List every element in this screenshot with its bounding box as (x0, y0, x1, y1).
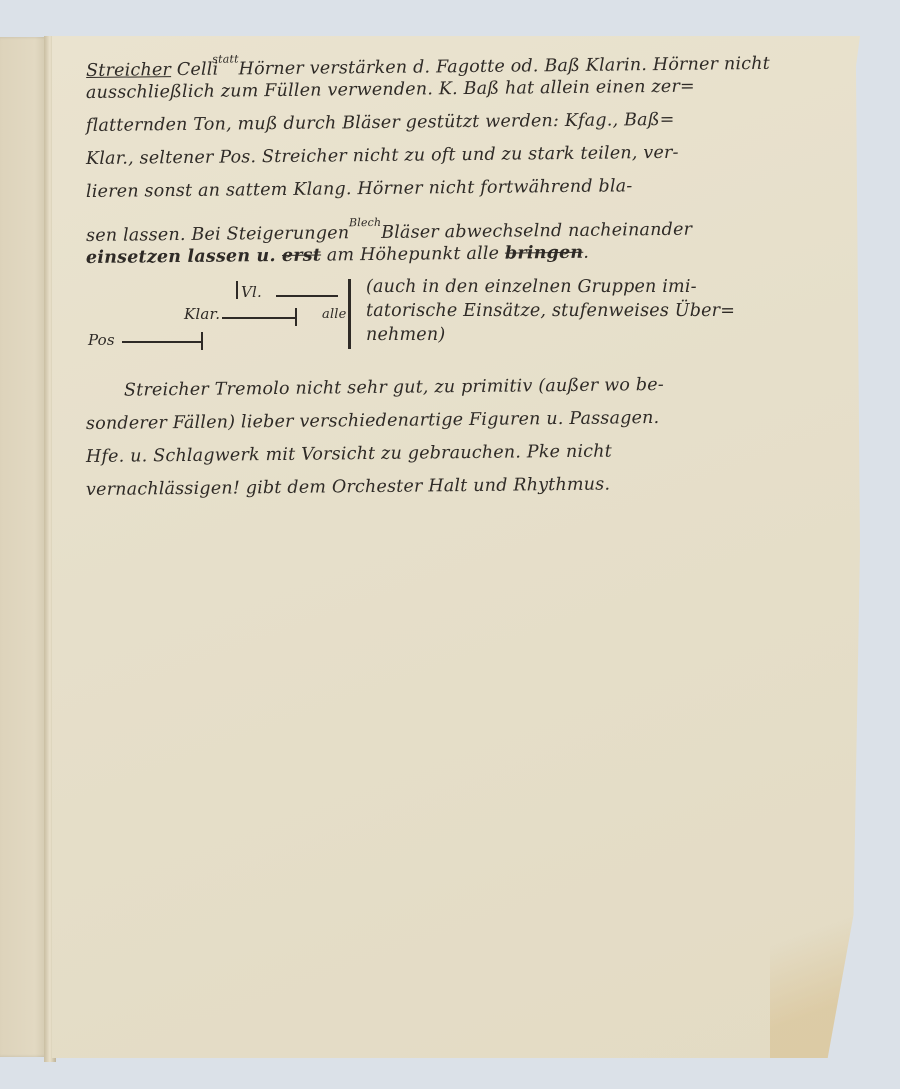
diagram-tick (201, 332, 203, 350)
text-span: am Höhepunkt alle (321, 244, 505, 266)
text-span: Klar., seltener Pos. Streicher nicht zu … (86, 143, 679, 169)
note-line: (auch in den einzelnen Gruppen imi- (366, 275, 846, 299)
text-line-11: vernachlässigen! gibt dem Orchester Halt… (86, 466, 846, 507)
entry-bar (348, 279, 351, 349)
label-pos: Pos (88, 331, 115, 349)
label-klar: Klar. (184, 305, 220, 323)
left-facing-page (0, 37, 50, 1057)
text-span: ausschließlich zum Füllen verwenden. K. … (86, 77, 695, 103)
struck-word-erst: erst (282, 246, 321, 266)
entry-diagram: Vl. Klar. Pos alle (auch in den einzelne… (86, 275, 846, 375)
arrow-vl (276, 295, 338, 297)
diagram-tick (236, 281, 238, 299)
note-line: nehmen) (366, 323, 846, 347)
diagram-tick (295, 308, 297, 326)
label-vl: Vl. (241, 283, 262, 301)
text-span: flatternden Ton, muß durch Bläser gestüt… (86, 110, 675, 136)
struck-word-bringen: bringen (505, 243, 584, 264)
text-span: Streicher Tremolo nicht sehr gut, zu pri… (124, 375, 664, 401)
diagram-note: (auch in den einzelnen Gruppen imi- tato… (366, 275, 846, 347)
text-span: lieren sonst an sattem Klang. Hörner nic… (86, 176, 633, 202)
note-line: tatorische Einsätze, stufenweises Über= (366, 299, 846, 323)
text-line-7: einsetzen lassen u. erst am Höhepunkt al… (86, 234, 846, 275)
text-span: Hfe. u. Schlagwerk mit Vorsicht zu gebra… (86, 441, 612, 467)
handwritten-text: Streicher Cellistatt Hörner verstärken d… (86, 44, 846, 507)
label-alle: alle (322, 307, 347, 322)
line-klar (222, 317, 295, 319)
manuscript-page: Streicher Cellistatt Hörner verstärken d… (52, 36, 860, 1058)
text-span: vernachlässigen! gibt dem Orchester Halt… (86, 475, 610, 500)
text-span: sonderer Fällen) lieber verschiedenartig… (86, 408, 660, 434)
text-span: einsetzen lassen u. (86, 246, 282, 268)
text-span: . (583, 243, 589, 263)
line-pos (122, 341, 202, 343)
